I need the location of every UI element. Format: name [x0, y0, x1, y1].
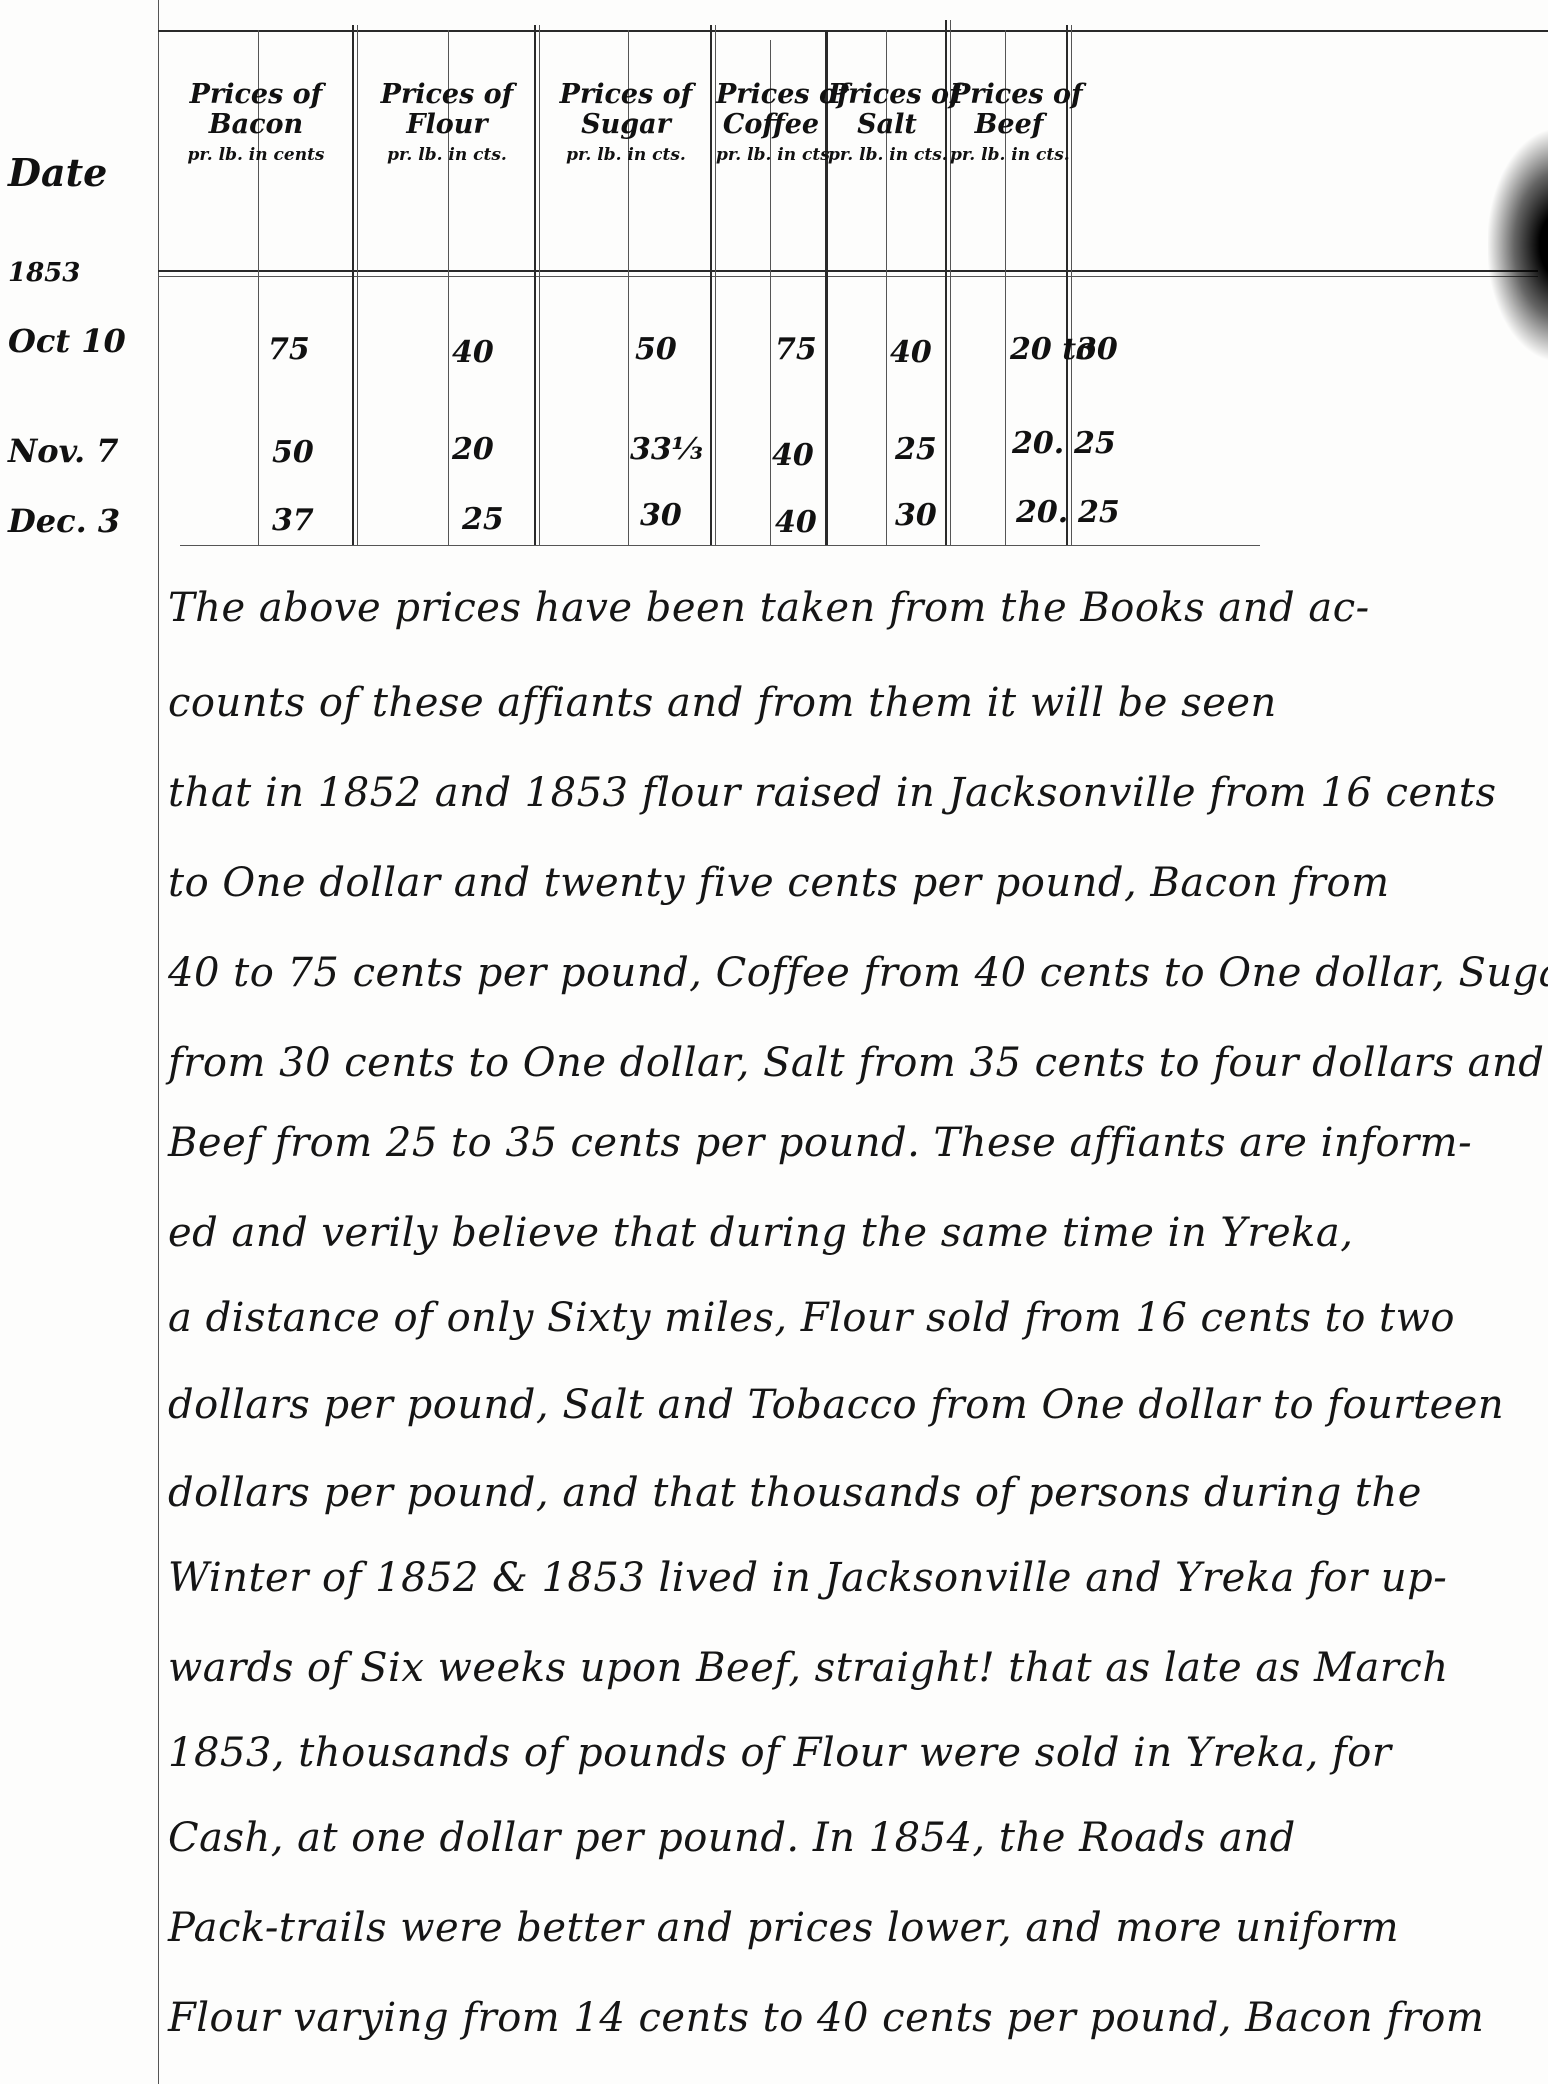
row-date: Dec. 3 [8, 502, 120, 540]
beef-price-extra: 25 [1078, 495, 1120, 530]
beef-price: 20. [1012, 426, 1064, 461]
coffee-price: 40 [772, 438, 814, 473]
text-line: The above prices have been taken from th… [168, 585, 1370, 631]
text-line: a distance of only Sixty miles, Flour so… [168, 1295, 1455, 1341]
sugar-price: 30 [640, 498, 682, 533]
text-line: dollars per pound, and that thousands of… [168, 1470, 1422, 1516]
text-line: 1853, thousands of pounds of Flour were … [168, 1730, 1392, 1776]
flour-price: 20 [452, 432, 494, 467]
ledger-page: Date 1853 Prices of Bacon [0, 0, 1548, 2084]
text-line: Winter of 1852 & 1853 lived in Jacksonvi… [168, 1555, 1447, 1601]
text-line: wards of Six weeks upon Beef, straight! … [168, 1645, 1449, 1691]
row-date: Oct 10 [8, 322, 126, 360]
column-header-beef: Prices of Beef pr. lb. in cts. [950, 80, 1068, 170]
salt-price: 40 [890, 335, 932, 370]
column-header-flour: Prices of Flour pr. lb. in cts. [358, 80, 536, 170]
bacon-right-line [352, 25, 354, 545]
text-line: dollars per pound, Salt and Tobacco from… [168, 1382, 1504, 1428]
column-header-bacon: Prices of Bacon pr. lb. in cents [160, 80, 352, 170]
coffee-price: 75 [775, 332, 817, 367]
beef-price-extra: 30 [1076, 332, 1118, 367]
text-line: 40 to 75 cents per pound, Coffee from 40… [168, 950, 1548, 996]
flour-price: 40 [452, 335, 494, 370]
column-header-coffee: Prices of Coffee pr. lb. in cts [716, 80, 826, 170]
coffee-price: 40 [775, 505, 817, 540]
column-header-sugar: Prices of Sugar pr. lb. in cts. [540, 80, 712, 170]
text-line: Cash, at one dollar per pound. In 1854, … [168, 1815, 1296, 1861]
beef-price-extra: 25 [1074, 426, 1116, 461]
header-divider-2 [158, 276, 1538, 277]
text-line: counts of these affiants and from them i… [168, 680, 1277, 726]
text-line: ed and verily believe that during the sa… [168, 1210, 1353, 1256]
text-line: Pack-trails were better and prices lower… [168, 1905, 1399, 1951]
bacon-price: 50 [272, 435, 314, 470]
text-line: to One dollar and twenty five cents per … [168, 860, 1390, 906]
salt-price: 30 [895, 498, 937, 533]
sugar-price: 33⅓ [630, 432, 703, 467]
table-bottom-border [180, 545, 1260, 546]
beef-price: 20. [1016, 495, 1068, 530]
salt-price: 25 [895, 432, 937, 467]
text-line: Beef from 25 to 35 cents per pound. Thes… [168, 1120, 1472, 1166]
row-date: Nov. 7 [8, 432, 119, 470]
table-top-border [158, 30, 1548, 32]
column-header-salt: Prices of Salt pr. lb. in cts. [828, 80, 946, 170]
flour-price: 25 [462, 502, 504, 537]
date-header: Date [8, 150, 107, 195]
sugar-price: 50 [635, 332, 677, 367]
text-line: that in 1852 and 1853 flour raised in Ja… [168, 770, 1496, 816]
text-line: from 30 cents to One dollar, Salt from 3… [168, 1040, 1544, 1086]
header-divider [158, 270, 1538, 272]
text-line: Flour varying from 14 cents to 40 cents … [168, 1995, 1484, 2041]
bacon-price: 75 [268, 332, 310, 367]
bacon-price: 37 [272, 503, 314, 538]
scan-shadow [1488, 130, 1548, 360]
year-label: 1853 [8, 258, 80, 288]
page-margin-line [158, 0, 159, 2084]
